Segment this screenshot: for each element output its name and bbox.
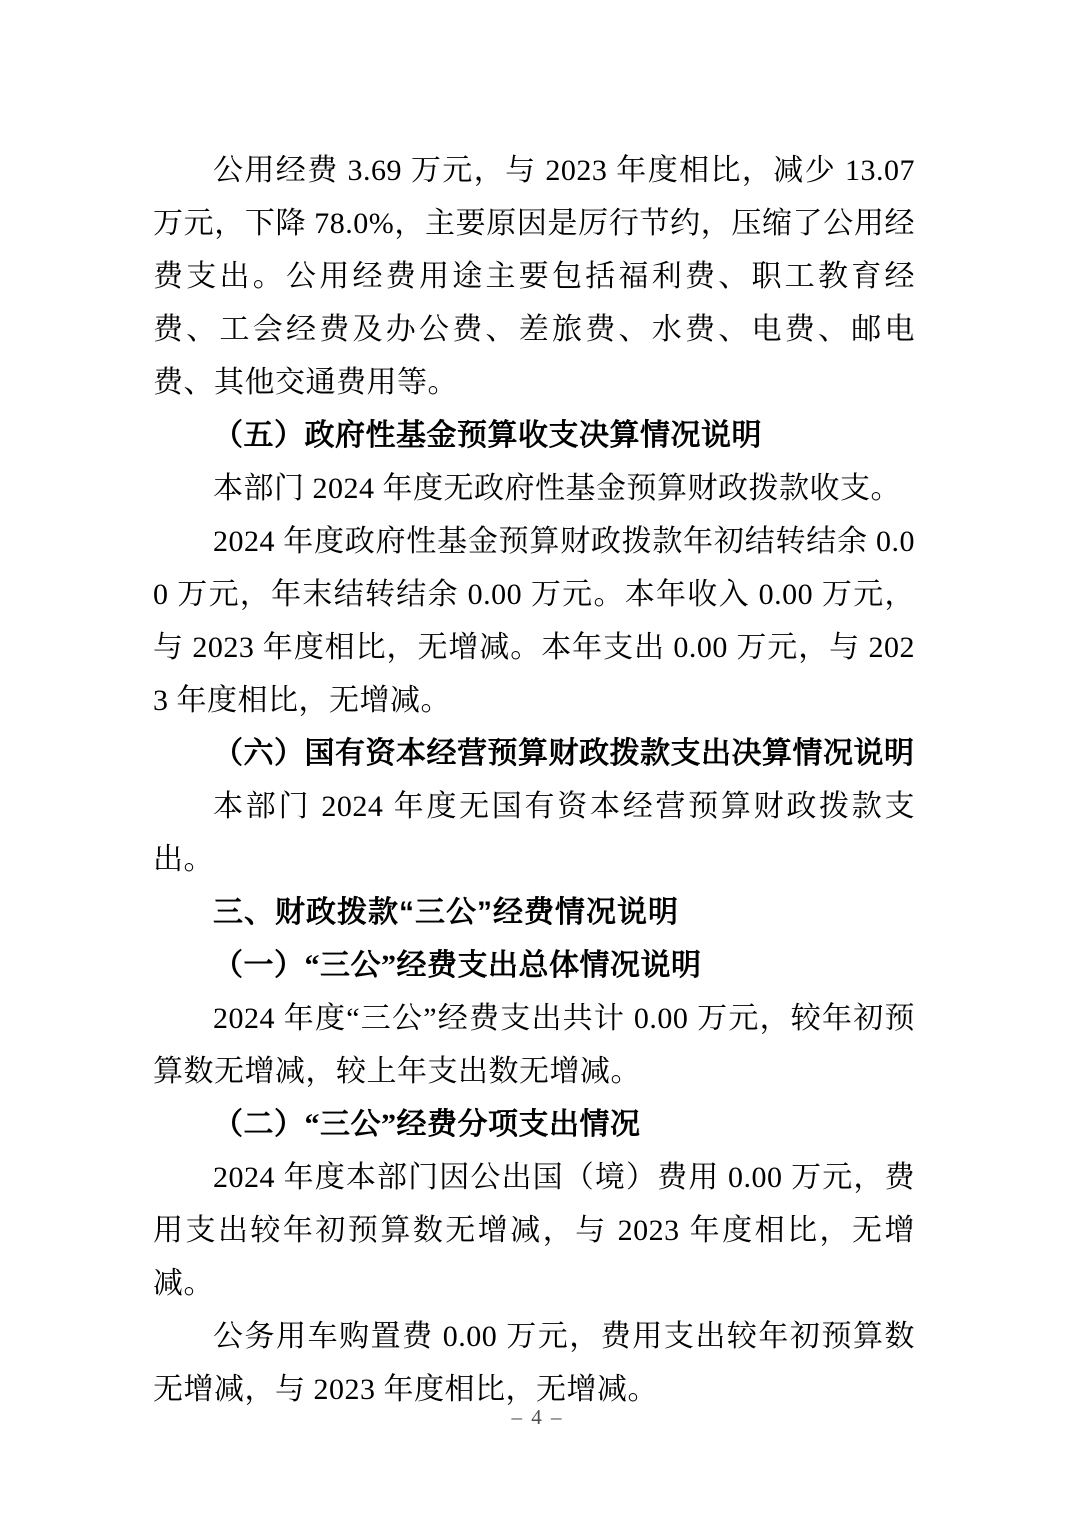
body-paragraph: 2024 年度本部门因公出国（境）费用 0.00 万元，费用支出较年初预算数无增… [153, 1151, 915, 1310]
subsection-heading-6: （六）国有资本经营预算财政拨款支出决算情况说明 [153, 727, 915, 780]
body-paragraph: 2024 年度“三公”经费支出共计 0.00 万元，较年初预算数无增减，较上年支… [153, 992, 915, 1098]
subsection-heading-1: （一）“三公”经费支出总体情况说明 [153, 939, 915, 992]
body-paragraph: 2024 年度政府性基金预算财政拨款年初结转结余 0.00 万元，年末结转结余 … [153, 515, 915, 727]
document-page: 公用经费 3.69 万元，与 2023 年度相比，减少 13.07 万元，下降 … [0, 0, 1075, 1520]
section-heading-3: 三、财政拨款“三公”经费情况说明 [153, 886, 915, 939]
body-paragraph: 本部门 2024 年度无政府性基金预算财政拨款收支。 [153, 462, 915, 515]
page-body-text: 公用经费 3.69 万元，与 2023 年度相比，减少 13.07 万元，下降 … [153, 144, 915, 1416]
subsection-heading-5: （五）政府性基金预算收支决算情况说明 [153, 409, 915, 462]
body-paragraph: 公务用车购置费 0.00 万元，费用支出较年初预算数无增减，与 2023 年度相… [153, 1310, 915, 1416]
page-number: – 4 – [0, 1404, 1075, 1430]
subsection-heading-2: （二）“三公”经费分项支出情况 [153, 1098, 915, 1151]
body-paragraph: 本部门 2024 年度无国有资本经营预算财政拨款支出。 [153, 780, 915, 886]
body-paragraph: 公用经费 3.69 万元，与 2023 年度相比，减少 13.07 万元，下降 … [153, 144, 915, 409]
